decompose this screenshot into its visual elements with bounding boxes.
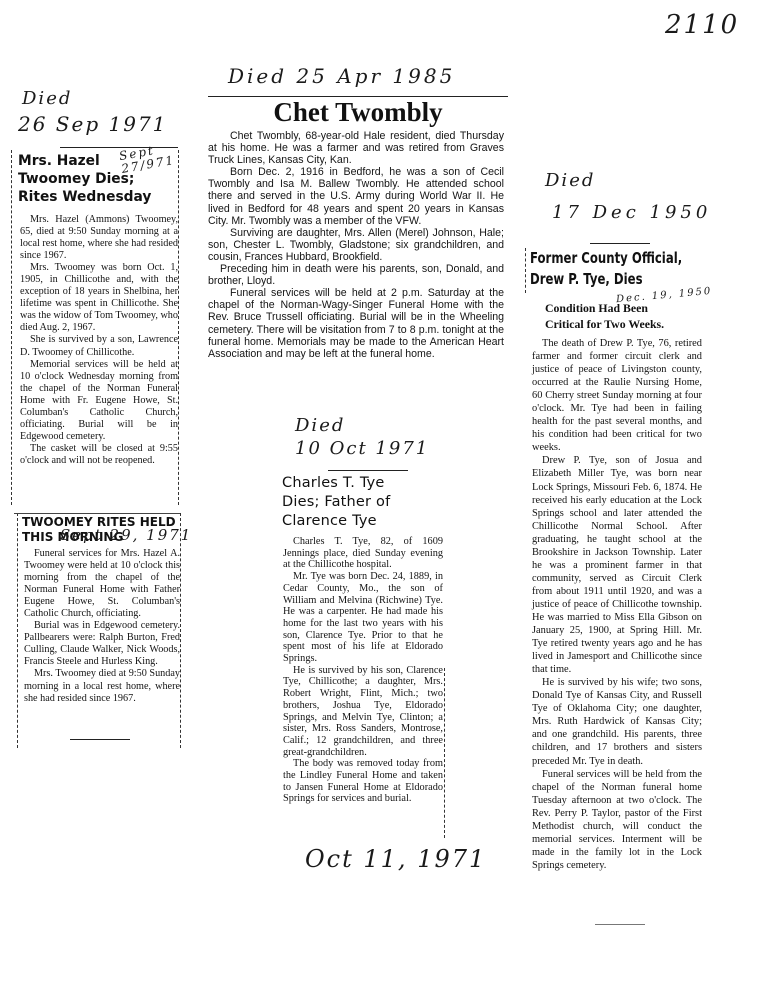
divider bbox=[328, 470, 408, 471]
paragraph: Memorial services will be held at 10 o'c… bbox=[20, 359, 178, 443]
divider bbox=[14, 513, 180, 514]
paragraph: Drew P. Tye, son of Josua and Elizabeth … bbox=[532, 454, 702, 676]
paragraph: Burial was in Edgewood cemetery. Pallbea… bbox=[24, 620, 180, 668]
handwritten-died-label: Died bbox=[295, 415, 345, 436]
paragraph: Mrs. Twoomey was born Oct. 1, 1905, in C… bbox=[20, 262, 178, 334]
headline-chet-twombly: Chet Twombly bbox=[208, 96, 508, 128]
paragraph: Preceding him in death were his parents,… bbox=[208, 263, 504, 287]
article-body: Chet Twombly, 68-year-old Hale resident,… bbox=[208, 130, 504, 360]
paragraph: The casket will be closed at 9:55 o'cloc… bbox=[20, 443, 178, 467]
paragraph: Funeral services will be held from the c… bbox=[532, 768, 702, 872]
paragraph: The body was removed today from the Lind… bbox=[283, 758, 443, 805]
divider bbox=[70, 739, 130, 740]
divider bbox=[595, 924, 645, 925]
paragraph: Mr. Tye was born Dec. 24, 1889, in Cedar… bbox=[283, 571, 443, 665]
article-body: Mrs. Hazel (Ammons) Twoomey, 65, died at… bbox=[20, 214, 178, 467]
handwritten-death-date: 26 Sep 1971 bbox=[18, 112, 167, 136]
article-body: Funeral services for Mrs. Hazel A. Twoom… bbox=[24, 548, 180, 705]
clipping-border bbox=[17, 513, 18, 748]
handwritten-died-label: Died bbox=[22, 88, 72, 109]
clipping-border bbox=[525, 248, 526, 293]
paragraph: Funeral services for Mrs. Hazel A. Twoom… bbox=[24, 548, 180, 620]
handwritten-died-label: Died bbox=[545, 170, 595, 191]
paragraph: Surviving are daughter, Mrs. Allen (Mere… bbox=[208, 227, 504, 263]
clipping-border bbox=[180, 513, 181, 748]
handwritten-death-date: 17 Dec 1950 bbox=[552, 202, 711, 223]
clipping-border bbox=[444, 668, 445, 838]
divider bbox=[590, 243, 650, 244]
paragraph: The death of Drew P. Tye, 76, retired fa… bbox=[532, 337, 702, 454]
headline-charles-tye: Charles T. Tye Dies; Father of Clarence … bbox=[282, 474, 390, 531]
paragraph: Born Dec. 2, 1916 in Bedford, he was a s… bbox=[208, 166, 504, 226]
paragraph: Funeral services will be held at 2 p.m. … bbox=[208, 287, 504, 360]
paragraph: He is survived by his wife; two sons, Do… bbox=[532, 676, 702, 767]
paragraph: Charles T. Tye, 82, of 1609 Jennings pla… bbox=[283, 536, 443, 571]
paragraph: He is survived by his son, Clarence Tye,… bbox=[283, 665, 443, 759]
subhead: Condition Had Been Critical for Two Week… bbox=[545, 300, 664, 332]
clipping-border bbox=[11, 150, 12, 505]
handwritten-death-date: Died 25 Apr 1985 bbox=[228, 64, 455, 88]
handwritten-footer-date: Oct 11, 1971 bbox=[305, 845, 486, 873]
paragraph: She is survived by a son, Lawrence D. Tw… bbox=[20, 334, 178, 358]
article-body: Charles T. Tye, 82, of 1609 Jennings pla… bbox=[283, 536, 443, 805]
handwritten-rites-date: Sept 29, 1971 bbox=[60, 526, 192, 544]
article-body: The death of Drew P. Tye, 76, retired fa… bbox=[532, 337, 702, 872]
paragraph: Mrs. Twoomey died at 9:50 Sunday morning… bbox=[24, 668, 180, 704]
paragraph: Mrs. Hazel (Ammons) Twoomey, 65, died at… bbox=[20, 214, 178, 262]
headline-drew-tye: Former County Official, Drew P. Tye, Die… bbox=[530, 248, 682, 290]
handwritten-death-date: 10 Oct 1971 bbox=[295, 438, 429, 459]
handwritten-page-number: 2110 bbox=[665, 10, 739, 40]
paragraph: Chet Twombly, 68-year-old Hale resident,… bbox=[208, 130, 504, 166]
